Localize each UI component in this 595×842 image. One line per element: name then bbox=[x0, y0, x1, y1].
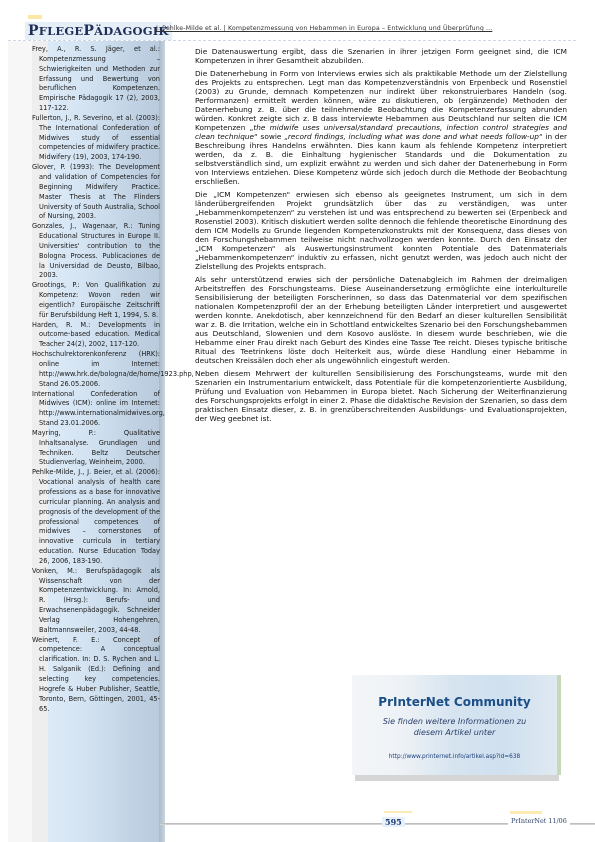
body-paragraph: Als sehr unterstützend erwies sich der p… bbox=[195, 275, 567, 365]
reference-item: Frey, A., R. S. Jäger, et al.: Kompetenz… bbox=[32, 45, 160, 114]
infobox-title: PrInterNet Community bbox=[352, 695, 557, 709]
page-header: PFLEGEPÄDAGOGIK J. Pehlke-Milde et al. |… bbox=[0, 0, 595, 42]
journal-accent bbox=[510, 811, 542, 814]
page-number: 595 bbox=[382, 817, 405, 827]
reference-item: Fullerton, J., R. Severino, et al. (2003… bbox=[32, 114, 160, 163]
page-number-accent bbox=[384, 811, 412, 813]
body-paragraph: Die Datenerhebung in Form von Interviews… bbox=[195, 69, 567, 187]
reference-item: Pehlke-Milde, J., J. Beier, et al. (2006… bbox=[32, 468, 160, 566]
body-paragraph: Die Datenauswertung ergibt, dass die Sze… bbox=[195, 47, 567, 65]
reference-item: Gonzales, J., Wagenaar, R.: Tuning Educa… bbox=[32, 222, 160, 281]
body-paragraph: Die „ICM Kompetenzen“ erwiesen sich eben… bbox=[195, 190, 567, 271]
journal-issue: PrInterNet 11/06 bbox=[508, 817, 570, 825]
quoted-competence: record findings, including what was done… bbox=[288, 132, 539, 141]
body-paragraph: Neben diesem Mehrwert der kulturellen Se… bbox=[195, 369, 567, 423]
reference-item: Mayring, P.: Qualitative Inhaltsanalyse.… bbox=[32, 429, 160, 468]
article-body: Die Datenauswertung ergibt, dass die Sze… bbox=[195, 47, 567, 426]
reference-item: Glover, P. (1993): The Development and v… bbox=[32, 163, 160, 222]
reference-item: Grootings, P.: Von Qualifikation zu Komp… bbox=[32, 281, 160, 320]
reference-item: Weinert, F. E.: Concept of competence: A… bbox=[32, 636, 160, 715]
reference-item: Vonken, M.: Berufspädagogik als Wissensc… bbox=[32, 567, 160, 636]
reference-item: International Confederation of Midwives … bbox=[32, 390, 160, 429]
logo-accent-bar bbox=[28, 15, 42, 19]
journal-logo: PFLEGEPÄDAGOGIK bbox=[25, 22, 172, 41]
infobox-subtitle: Sie finden weitere Informationen zu dies… bbox=[352, 716, 557, 738]
printernet-community-box: PrInterNet Community Sie finden weitere … bbox=[352, 675, 561, 775]
references-sidebar: Frey, A., R. S. Jäger, et al.: Kompetenz… bbox=[8, 41, 159, 842]
reference-item: Hochschulrektorenkonferenz (HRK): online… bbox=[32, 350, 160, 389]
infobox-url-link[interactable]: http://www.printernet.info/artikel.asp?i… bbox=[352, 754, 557, 760]
reference-list: Frey, A., R. S. Jäger, et al.: Kompetenz… bbox=[32, 45, 160, 714]
running-head: J. Pehlke-Milde et al. | Kompetenzmessun… bbox=[156, 25, 492, 32]
page-footer: 595 PrInterNet 11/06 bbox=[160, 820, 595, 830]
reference-item: Harden, R. M.: Developments in outcome-b… bbox=[32, 321, 160, 351]
